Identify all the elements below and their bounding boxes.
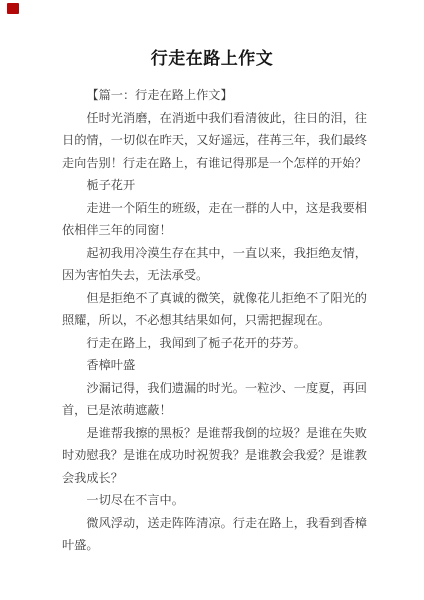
red-corner-mark <box>7 3 19 14</box>
essay-paragraph: 是谁帮我擦的黑板？是谁帮我倒的垃圾？是谁在失败时劝慰我？是谁在成功时祝贺我？是谁… <box>62 422 367 490</box>
essay-paragraph: 起初我用冷漠生存在其中，一直以来，我拒绝友情，因为害怕失去，无法承受。 <box>62 242 367 287</box>
essay-body: 【篇一：行走在路上作文】任时光消磨，在消逝中我们看清彼此，往日的泪，往日的情，一… <box>62 84 367 557</box>
essay-paragraph: 栀子花开 <box>62 174 367 197</box>
essay-paragraph: 沙漏记得，我们遗漏的时光。一粒沙、一度夏，再回首，已是浓萌遮蔽！ <box>62 377 367 422</box>
document-page: 行走在路上作文 【篇一：行走在路上作文】任时光消磨，在消逝中我们看清彼此，往日的… <box>0 0 424 600</box>
essay-paragraph: 一切尽在不言中。 <box>62 489 367 512</box>
essay-paragraph: 微风浮动，送走阵阵清凉。行走在路上，我看到香樟叶盛。 <box>62 512 367 557</box>
essay-paragraph: 行走在路上，我闻到了栀子花开的芬芳。 <box>62 332 367 355</box>
essay-paragraph: 但是拒绝不了真诚的微笑，就像花儿拒绝不了阳光的照耀，所以，不必想其结果如何，只需… <box>62 287 367 332</box>
page-title: 行走在路上作文 <box>0 0 424 70</box>
essay-paragraph: 香樟叶盛 <box>62 354 367 377</box>
essay-paragraph: 走进一个陌生的班级，走在一群的人中，这是我要相依相伴三年的同窗！ <box>62 197 367 242</box>
essay-subtitle: 【篇一：行走在路上作文】 <box>62 84 367 107</box>
essay-paragraph: 任时光消磨，在消逝中我们看清彼此，往日的泪，往日的情，一切似在昨天，又好遥远，荏… <box>62 107 367 175</box>
